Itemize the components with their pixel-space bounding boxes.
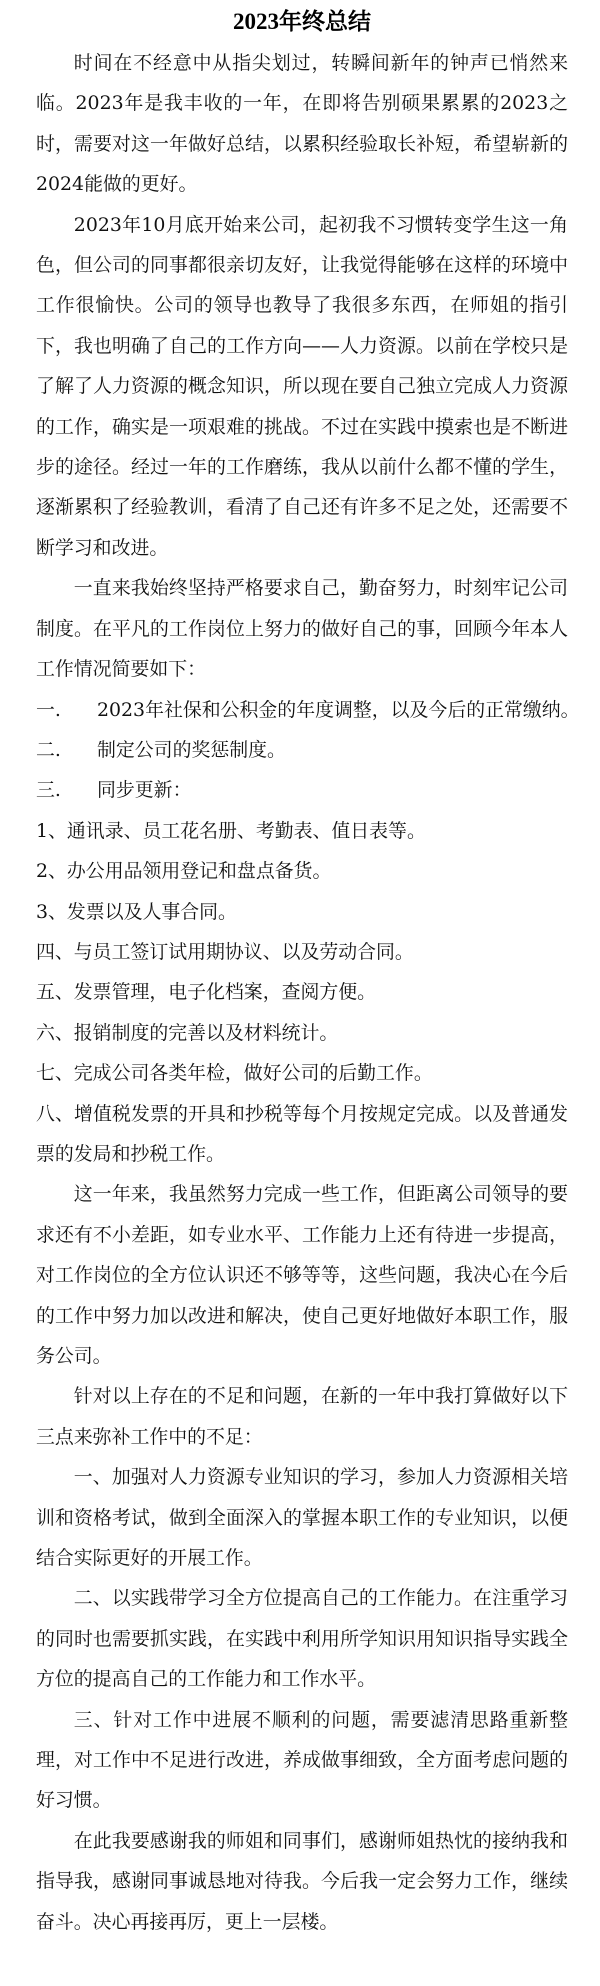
list-item: 六、报销制度的完善以及材料统计。 xyxy=(36,1013,568,1053)
paragraph-shortcomings: 这一年来，我虽然努力完成一些工作，但距离公司领导的要求还有不小差距，如专业水平、… xyxy=(36,1174,568,1376)
list-item: 3、发票以及人事合同。 xyxy=(36,892,568,932)
paragraph-review-intro: 一直来我始终坚持严格要求自己，勤奋努力，时刻牢记公司制度。在平凡的工作岗位上努力… xyxy=(36,568,568,689)
paragraph-arrival: 2023年10月底开始来公司，起初我不习惯转变学生这一角色，但公司的同事都很亲切… xyxy=(36,205,568,569)
list-item: 二.制定公司的奖惩制度。 xyxy=(36,730,568,770)
list-item: 四、与员工签订试用期协议、以及劳动合同。 xyxy=(36,932,568,972)
list-item: 五、发票管理，电子化档案，查阅方便。 xyxy=(36,972,568,1012)
work-items-major-list: 一.2023年社保和公积金的年度调整，以及今后的正常缴纳。 二.制定公司的奖惩制… xyxy=(36,690,568,811)
document-page: 2023年终总结 时间在不经意中从指尖划过，转瞬间新年的钟声已悄然来临。2023… xyxy=(36,0,568,1942)
list-marker: 一. xyxy=(36,690,97,730)
list-item: 七、完成公司各类年检，做好公司的后勤工作。 xyxy=(36,1053,568,1093)
list-item: 1、通讯录、员工花名册、考勤表、值日表等。 xyxy=(36,811,568,851)
list-item-text: 制定公司的奖惩制度。 xyxy=(97,739,286,761)
list-item: 八、增值税发票的开具和抄税等每个月按规定完成。以及普通发票的发局和抄税工作。 xyxy=(36,1094,568,1175)
paragraph-thanks: 在此我要感谢我的师姐和同事们，感谢师姐热忱的接纳我和指导我，感谢同事诚恳地对待我… xyxy=(36,1821,568,1942)
work-items-sub-list: 1、通讯录、员工花名册、考勤表、值日表等。 2、办公用品领用登记和盘点备货。 3… xyxy=(36,811,568,932)
paragraph-plan-1: 一、加强对人力资源专业知识的学习，参加人力资源相关培训和资格考试，做到全面深入的… xyxy=(36,1457,568,1578)
list-item: 三.同步更新： xyxy=(36,770,568,810)
list-marker: 三. xyxy=(36,770,97,810)
list-marker: 二. xyxy=(36,730,97,770)
list-item: 一.2023年社保和公积金的年度调整，以及今后的正常缴纳。 xyxy=(36,690,568,730)
paragraph-plan-intro: 针对以上存在的不足和问题，在新的一年中我打算做好以下三点来弥补工作中的不足： xyxy=(36,1376,568,1457)
paragraph-plan-2: 二、以实践带学习全方位提高自己的工作能力。在注重学习的同时也需要抓实践，在实践中… xyxy=(36,1578,568,1699)
work-items-more-list: 四、与员工签订试用期协议、以及劳动合同。 五、发票管理，电子化档案，查阅方便。 … xyxy=(36,932,568,1174)
list-item: 2、办公用品领用登记和盘点备货。 xyxy=(36,851,568,891)
list-item-text: 2023年社保和公积金的年度调整，以及今后的正常缴纳。 xyxy=(97,699,580,721)
list-item-text: 同步更新： xyxy=(97,779,191,801)
paragraph-intro: 时间在不经意中从指尖划过，转瞬间新年的钟声已悄然来临。2023年是我丰收的一年，… xyxy=(36,43,568,205)
paragraph-plan-3: 三、针对工作中进展不顺利的问题，需要滤清思路重新整理，对工作中不足进行改进，养成… xyxy=(36,1700,568,1821)
document-title: 2023年终总结 xyxy=(36,0,568,43)
